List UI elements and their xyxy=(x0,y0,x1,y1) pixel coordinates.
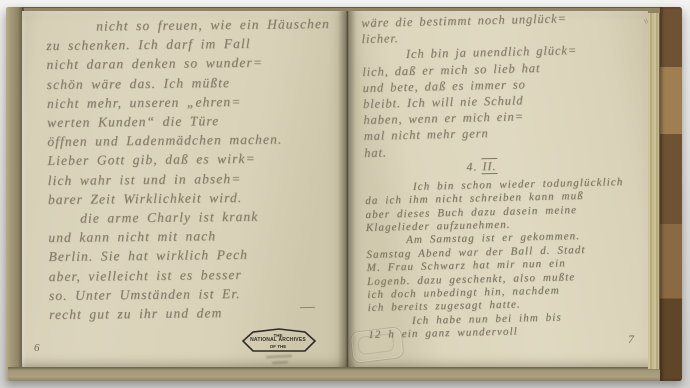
faded-stamp-smudge xyxy=(266,354,292,358)
handwriting-line: recht gut zu ihr und dem xyxy=(49,302,345,324)
entry-date-heading: 4. II. xyxy=(466,155,652,174)
book-cover-right-edge xyxy=(660,7,682,381)
paragraph-entry-end: wäre die bestimmt noch unglück= licher. … xyxy=(361,8,652,160)
handwriting-block-right: wäre die bestimmt noch unglück= licher. … xyxy=(361,8,656,342)
handwriting-block-left: nicht so freuen, wie ein Häuschen zu sch… xyxy=(46,14,345,324)
stamp-text-line3: OF THE xyxy=(242,344,314,349)
page-number-left: 6 xyxy=(34,342,40,354)
diary-left-page: nicht so freuen, wie ein Häuschen zu sch… xyxy=(22,11,347,367)
book-cover-bottom-edge xyxy=(8,367,680,381)
page-number-right: 7 xyxy=(628,332,634,347)
handwriting-line: nicht so freuen, wie ein Häuschen xyxy=(46,14,342,36)
entry-date-month-roman: II. xyxy=(481,158,497,174)
page-stack-edge xyxy=(648,13,660,369)
national-archives-stamp: THE NATIONAL ARCHIVES OF THE xyxy=(242,328,318,368)
embossed-seal xyxy=(349,326,405,364)
diary-book: nicht so freuen, wie ein Häuschen zu sch… xyxy=(6,7,682,381)
stamp-text-line2: NATIONAL ARCHIVES xyxy=(242,338,314,343)
diary-right-page: wäre die bestimmt noch unglück= licher. … xyxy=(347,11,648,367)
entry-date-day: 4. xyxy=(466,159,477,173)
faded-stamp-smudge xyxy=(272,361,288,365)
paragraph-new-entry: Ich bin schon wieder todunglücklich da i… xyxy=(365,175,657,342)
